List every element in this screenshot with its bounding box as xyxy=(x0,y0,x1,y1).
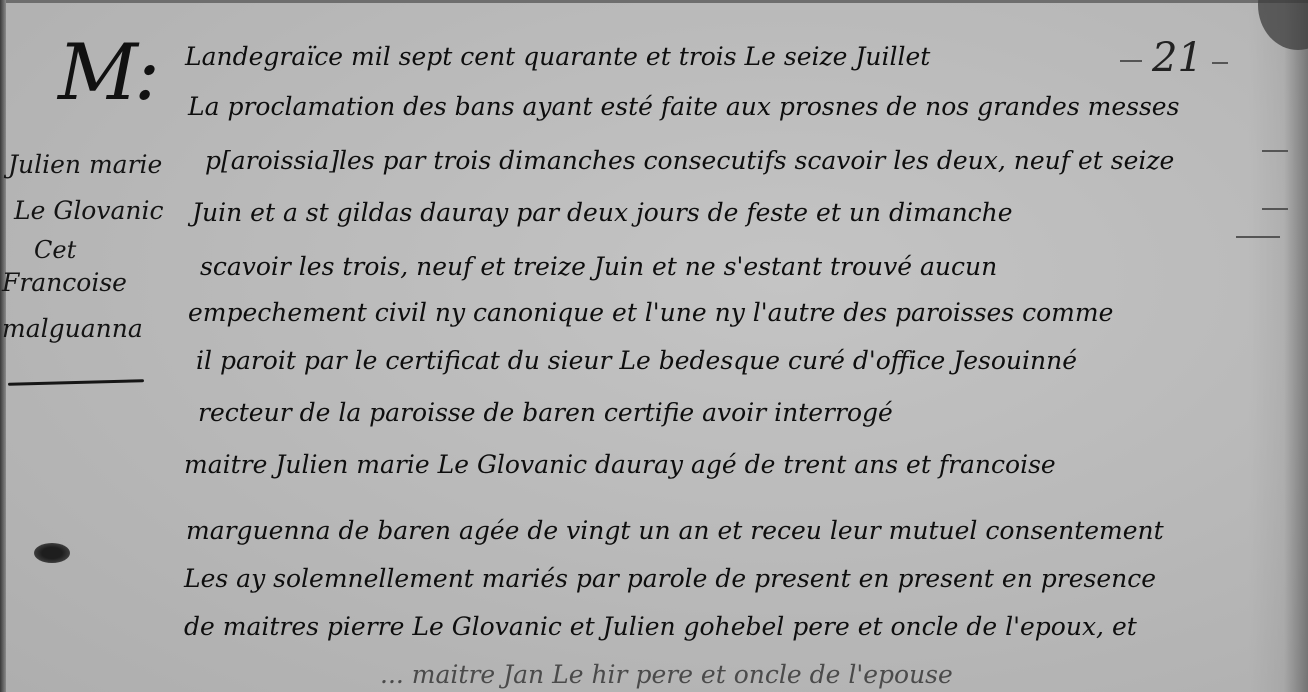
page-binding-edge xyxy=(0,0,6,692)
page-top-edge xyxy=(0,0,1308,3)
ink-blot xyxy=(34,543,70,563)
margin-note-groom-given-name: Julien marie xyxy=(8,152,162,177)
entry-line-7: il paroit par le certificat du sieur Le … xyxy=(196,348,1077,373)
margin-note-conjunction: Cet xyxy=(34,238,76,262)
entry-line-2: La proclamation des bans ayant esté fait… xyxy=(188,94,1179,119)
line-filler-dash xyxy=(1262,150,1288,152)
entry-line-6: empechement civil ny canonique et l'une … xyxy=(188,300,1113,325)
page-number-dash-left xyxy=(1120,60,1142,62)
scanned-register-page: M: Julien marie Le Glovanic Cet Francois… xyxy=(0,0,1308,692)
entry-initial: M: xyxy=(58,34,156,112)
entry-line-8: recteur de la paroisse de baren certifie… xyxy=(198,400,893,425)
entry-line-12: de maitres pierre Le Glovanic et Julien … xyxy=(184,614,1137,639)
entry-line-5: scavoir les trois, neuf et treize Juin e… xyxy=(200,254,997,279)
page-fold-shadow xyxy=(1248,0,1308,692)
page-number: 21 xyxy=(1152,38,1203,78)
entry-line-9: maitre Julien marie Le Glovanic dauray a… xyxy=(184,452,1056,477)
margin-note-bride-surname: malguanna xyxy=(2,316,143,341)
line-filler-dash xyxy=(1236,236,1280,238)
margin-divider-line xyxy=(8,379,144,386)
margin-note-bride-given-name: Francoise xyxy=(2,270,127,295)
entry-line-4: Juin et a st gildas dauray par deux jour… xyxy=(192,200,1013,225)
entry-line-10: marguenna de baren agée de vingt un an e… xyxy=(186,518,1164,543)
margin-note-groom-surname: Le Glovanic xyxy=(14,198,164,223)
entry-line-3: p[aroissia]les par trois dimanches conse… xyxy=(205,148,1174,173)
entry-line-1: Landegraïce mil sept cent quarante et tr… xyxy=(185,44,930,69)
entry-line-13: ... maitre Jan Le hir pere et oncle de l… xyxy=(380,662,953,687)
line-filler-dash xyxy=(1262,208,1288,210)
entry-line-11: Les ay solemnellement mariés par parole … xyxy=(184,566,1156,591)
page-number-dash-right xyxy=(1212,62,1228,64)
